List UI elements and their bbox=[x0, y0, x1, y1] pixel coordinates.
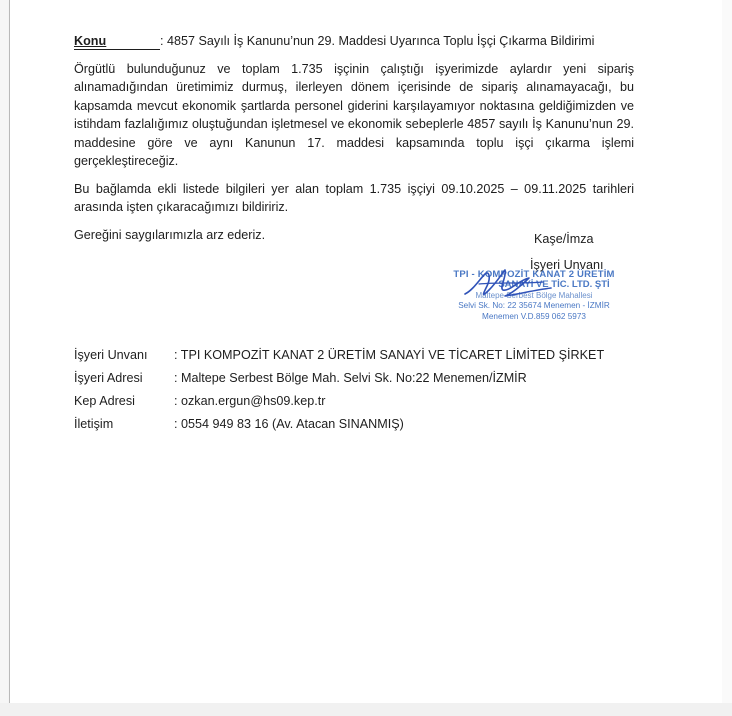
letter-body: Konu: 4857 Sayılı İş Kanunu’nun 29. Madd… bbox=[74, 32, 634, 253]
info-row-employer-title: İşyeri Unvanı : TPI KOMPOZİT KANAT 2 ÜRE… bbox=[74, 344, 634, 367]
paragraph-notice: Örgütlü bulunduğunuz ve toplam 1.735 işç… bbox=[74, 60, 634, 171]
page-edge-right bbox=[722, 0, 732, 703]
stamp-line-tax-office: Menemen V.D.859 062 5973 bbox=[444, 312, 624, 322]
paragraph-dismissal-dates: Bu bağlamda ekli listede bilgileri yer a… bbox=[74, 180, 634, 217]
info-value: : 0554 949 83 16 (Av. Atacan SINANMIŞ) bbox=[174, 415, 404, 434]
info-row-kep-address: Kep Adresi : ozkan.ergun@hs09.kep.tr bbox=[74, 390, 634, 413]
employer-info-table: İşyeri Unvanı : TPI KOMPOZİT KANAT 2 ÜRE… bbox=[74, 344, 634, 436]
info-value: : Maltepe Serbest Bölge Mah. Selvi Sk. N… bbox=[174, 369, 527, 388]
subject-line: Konu: 4857 Sayılı İş Kanunu’nun 29. Madd… bbox=[74, 32, 634, 51]
subject-label: Konu bbox=[74, 35, 160, 50]
info-value: : TPI KOMPOZİT KANAT 2 ÜRETİM SANAYİ VE … bbox=[174, 346, 604, 365]
info-label: İşyeri Unvanı bbox=[74, 346, 174, 365]
info-label: İşyeri Adresi bbox=[74, 369, 174, 388]
stamp-signature-label: Kaşe/İmza bbox=[534, 230, 594, 249]
info-value: : ozkan.ergun@hs09.kep.tr bbox=[174, 392, 325, 411]
signature-block: Kaşe/İmza İşyeri Unvanı TPI - KOMPOZİT K… bbox=[74, 230, 634, 340]
info-row-contact: İletişim : 0554 949 83 16 (Av. Atacan SI… bbox=[74, 413, 634, 436]
subject-text: : 4857 Sayılı İş Kanunu’nun 29. Maddesi … bbox=[160, 34, 594, 48]
info-row-employer-address: İşyeri Adresi : Maltepe Serbest Bölge Ma… bbox=[74, 367, 634, 390]
info-label: Kep Adresi bbox=[74, 392, 174, 411]
info-label: İletişim bbox=[74, 415, 174, 434]
page-edge-bottom bbox=[0, 703, 732, 716]
handwritten-signature-icon bbox=[459, 264, 559, 304]
